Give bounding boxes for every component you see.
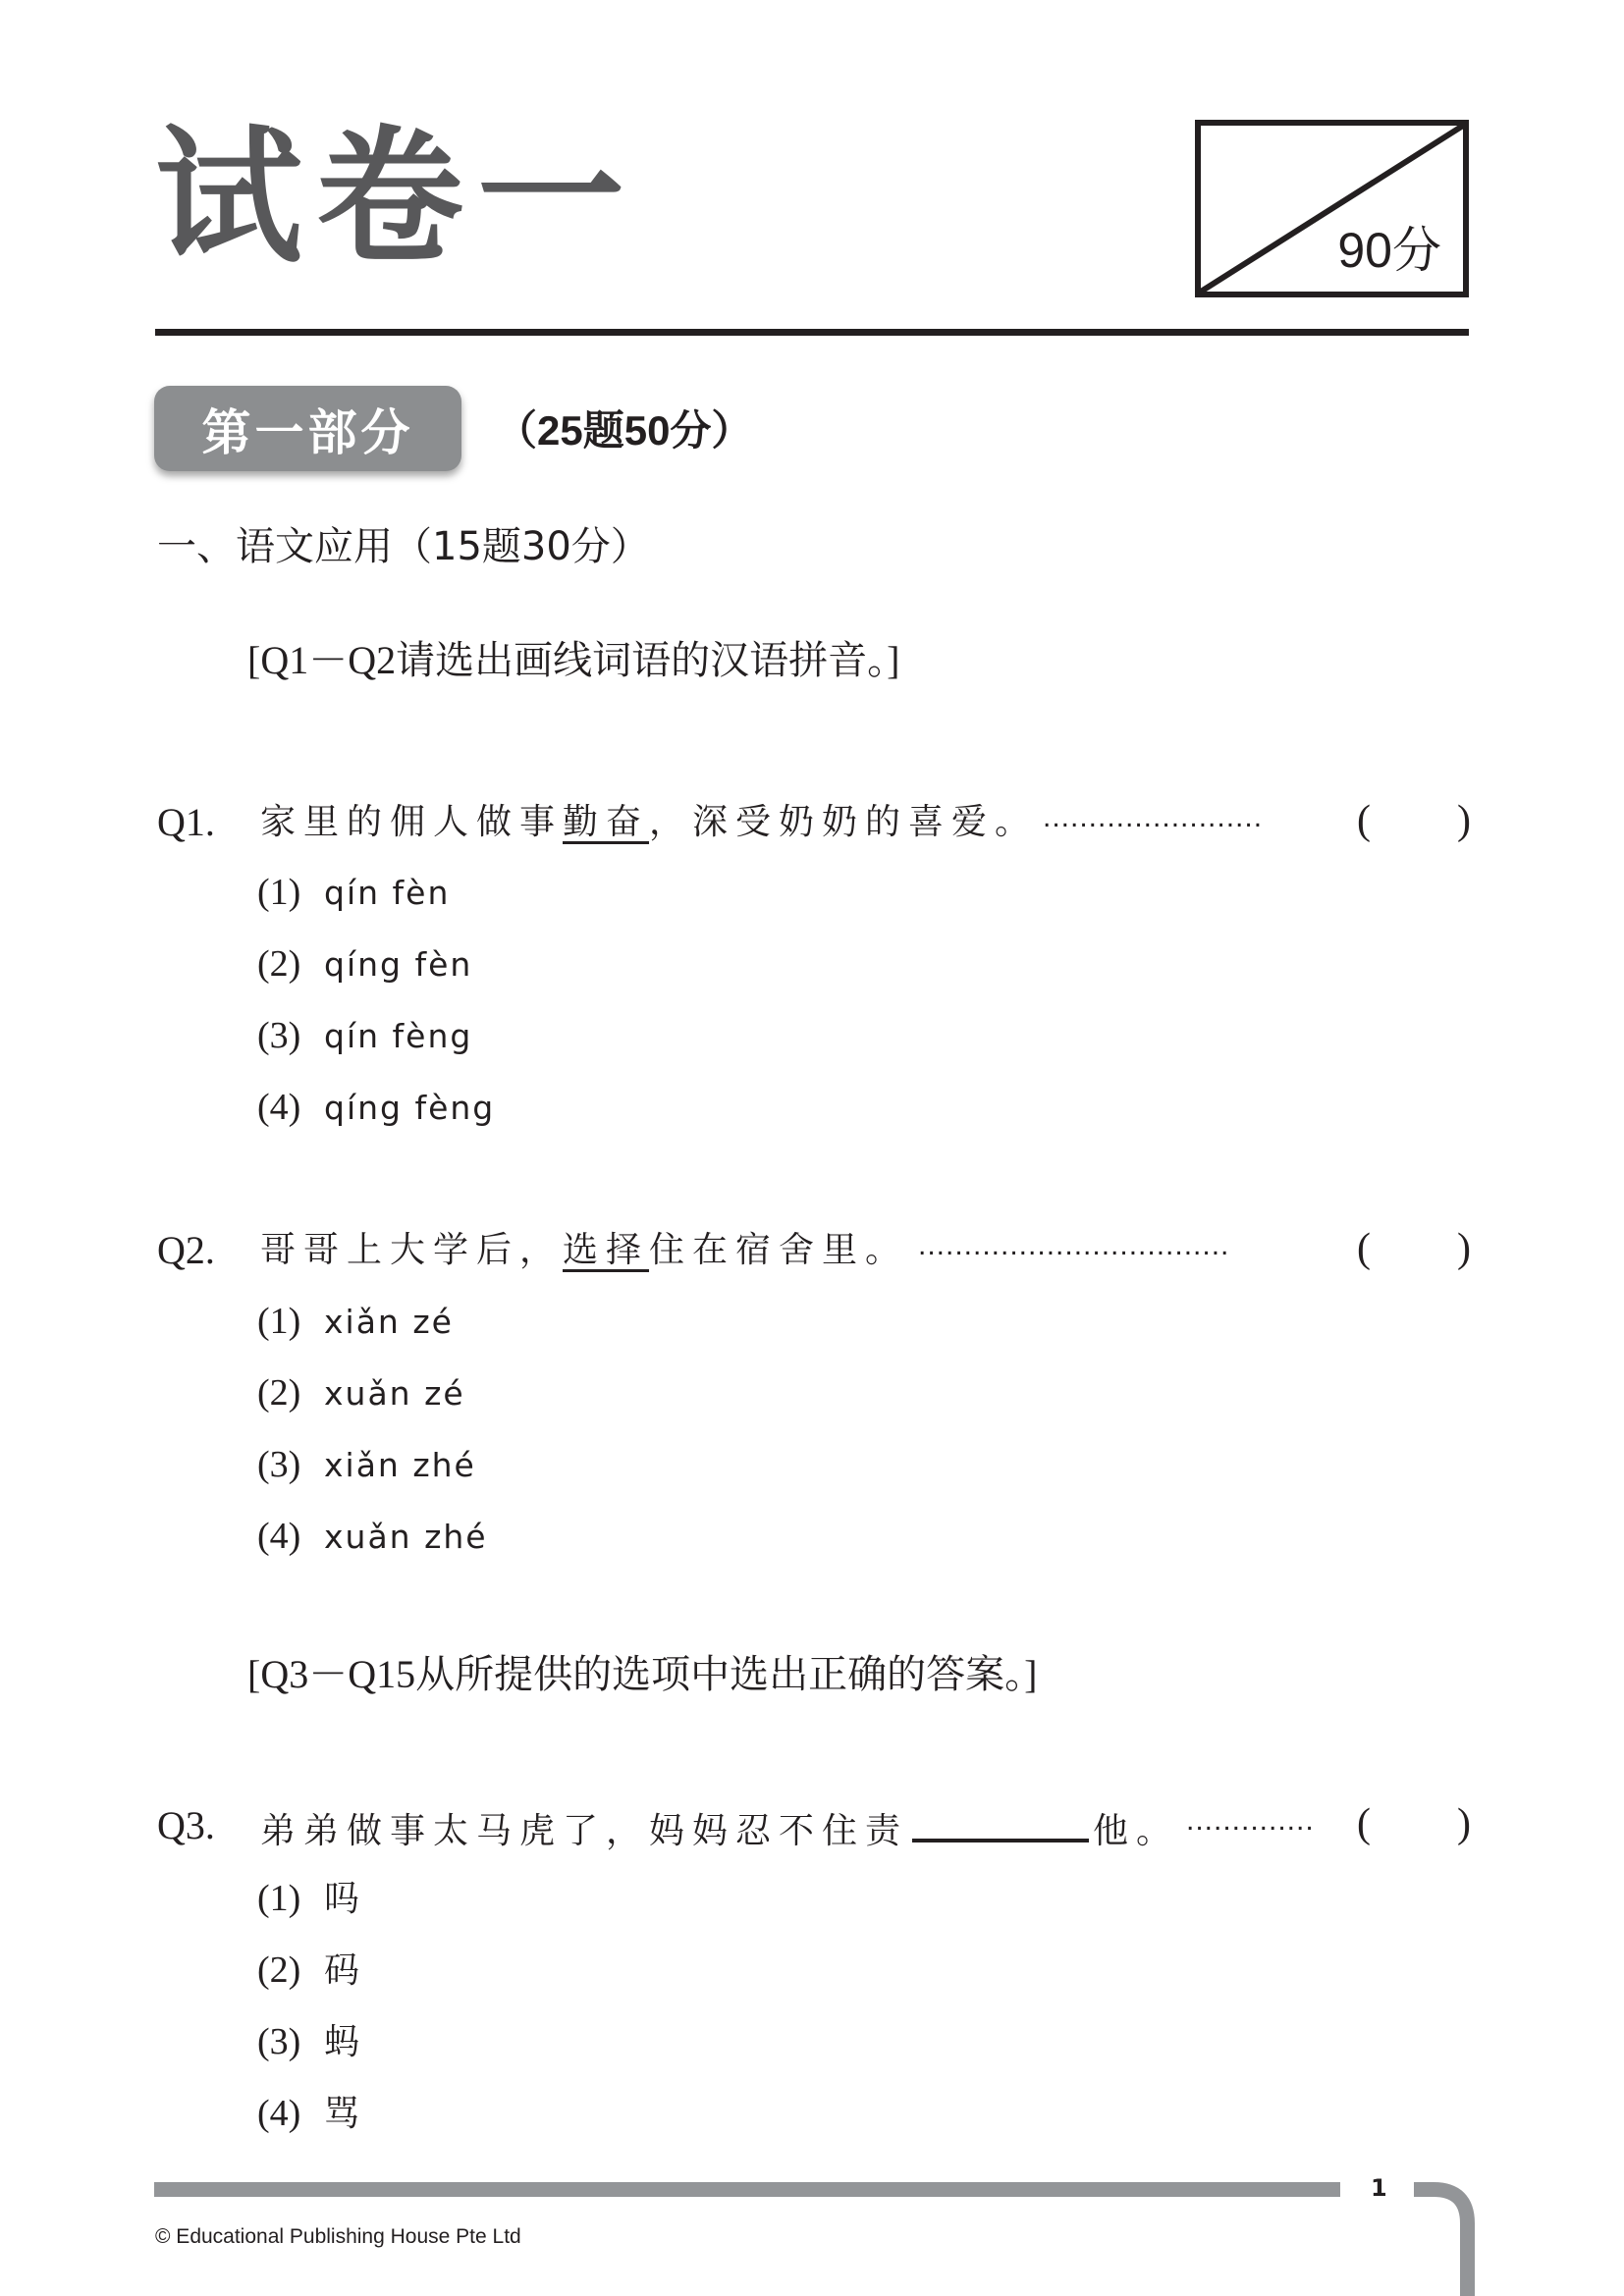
option[interactable]: (4)qíng fèng: [257, 1080, 495, 1135]
answer-bracket-open: (: [1357, 1222, 1371, 1275]
question-number: Q1.: [157, 796, 215, 849]
page-number: 1: [1371, 2171, 1387, 2205]
dot-leader: ..............: [1186, 1794, 1351, 1847]
question-text: 弟弟做事太马虎了，妈妈忍不住责他。: [260, 1799, 1179, 1858]
instruction-q1-q2: [Q1－Q2请选出画线词语的汉语拼音。]: [247, 634, 899, 687]
part-note: （25题50分）: [496, 406, 752, 455]
question-number: Q3.: [157, 1799, 215, 1852]
option[interactable]: (3)xiǎn zhé: [257, 1437, 476, 1492]
option[interactable]: (4)xuǎn zhé: [257, 1509, 488, 1564]
underlined-word: 勤奋: [563, 802, 649, 842]
page-title: 试卷一: [155, 110, 638, 287]
answer-field[interactable]: [1375, 1224, 1457, 1277]
copyright-notice: © Educational Publishing House Pte Ltd: [155, 2222, 521, 2252]
answer-field[interactable]: [1375, 1799, 1457, 1852]
footer-bar: [154, 2182, 1340, 2197]
option[interactable]: (2)码: [257, 1943, 359, 1998]
page-corner-bracket-icon: [1414, 2182, 1475, 2296]
dot-leader: ........................: [1043, 791, 1351, 844]
option[interactable]: (1)xiǎn zé: [257, 1294, 454, 1349]
option[interactable]: (2)qíng fèn: [257, 936, 472, 991]
answer-bracket-open: (: [1357, 1797, 1371, 1850]
part-badge-label: 第一部分: [202, 394, 414, 464]
answer-bracket-open: (: [1357, 794, 1371, 847]
total-score: 90分: [1337, 223, 1441, 278]
option[interactable]: (3)qín fèng: [257, 1008, 472, 1063]
header-divider: [155, 329, 1469, 336]
answer-field[interactable]: [1375, 796, 1457, 849]
option[interactable]: (3)蚂: [257, 2014, 359, 2069]
fill-in-blank[interactable]: [912, 1799, 1089, 1842]
answer-bracket-close: ): [1457, 1797, 1471, 1850]
answer-bracket-close: ): [1457, 1222, 1471, 1275]
section-heading: 一、语文应用（15题30分）: [157, 520, 650, 573]
underlined-word: 选择: [563, 1230, 649, 1270]
answer-bracket-close: ): [1457, 794, 1471, 847]
option[interactable]: (4)骂: [257, 2086, 359, 2141]
part-badge: 第一部分: [154, 386, 461, 471]
question-text: 家里的佣人做事勤奋，深受奶奶的喜爱。: [260, 796, 1038, 849]
instruction-q3-q15: [Q3－Q15从所提供的选项中选出正确的答案。]: [247, 1648, 1037, 1701]
option[interactable]: (1)qín fèn: [257, 865, 450, 920]
dot-leader: ..................................: [918, 1219, 1351, 1272]
question-text: 哥哥上大学后，选择住在宿舍里。: [260, 1224, 908, 1277]
score-box: 90分: [1195, 120, 1469, 297]
option[interactable]: (1)吗: [257, 1871, 359, 1926]
option[interactable]: (2)xuǎn zé: [257, 1365, 465, 1420]
question-number: Q2.: [157, 1224, 215, 1277]
